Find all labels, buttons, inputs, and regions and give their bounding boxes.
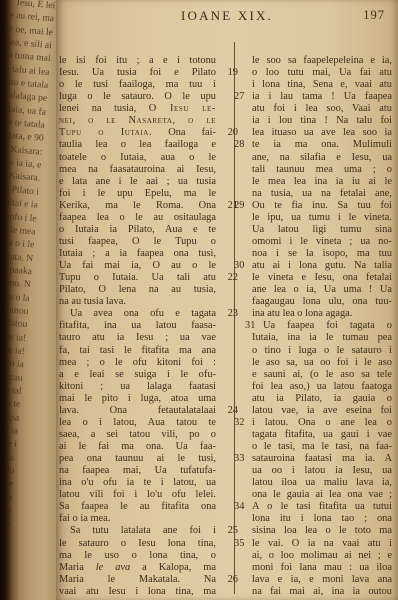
text-segment: i lona tina, Sena e, vaai atu xyxy=(252,79,392,90)
text-segment: le ipu, ua tumu i le vineta. xyxy=(252,212,392,223)
text-segment: ai, o loo molimau ai nei ; e xyxy=(252,550,392,561)
text-segment: o loo tutu mai, Ua fai atu xyxy=(252,67,392,78)
text-segment: pea ona taunuu ai le tusi, xyxy=(59,453,216,464)
text-line: Ua faapea foi tagata o31 xyxy=(252,320,392,332)
verse-number: 28 xyxy=(234,139,244,151)
text-segment: faagaugau lona ulu, ona tuu- xyxy=(252,296,392,307)
verse-number: 35 xyxy=(234,538,244,550)
verse-number: 25 xyxy=(217,525,238,537)
text-segment: ia i lau tama ! Ua faapea xyxy=(252,91,392,102)
text-line: atu ia Pilato, ia gauia o xyxy=(252,393,392,405)
text-line: tali taunuu mea uma ; o xyxy=(252,164,392,176)
text-segment: le isi foi itu ; a e i totonu xyxy=(59,55,216,66)
text-segment: na au tusia lava. xyxy=(59,296,126,307)
text-segment: moni foi lana mau : ua iloa xyxy=(252,562,392,573)
text-line: sisina loa lea o le toto ma xyxy=(252,525,392,537)
text-line: foi lea aso,) ua latou faatoga xyxy=(252,381,392,393)
text-line: faagaugau lona ulu, ona tuu- xyxy=(252,296,392,308)
text-segment: le satauro o Iesu lona tina, xyxy=(59,538,216,549)
text-line: Maria le ava a Kalopa, ma xyxy=(59,562,216,574)
text-segment: ane lea o ia, Ua uma ! Ua xyxy=(252,284,392,295)
text-segment: na tusia, ua na fetalai ane, xyxy=(252,188,392,199)
text-segment: tusi faapea, O le Tupu o xyxy=(59,236,216,247)
text-line: Iutaia ; a ia faapea ona tusi, xyxy=(59,248,216,260)
text-line: o Iutaia ia Pilato, Aua e te xyxy=(59,224,216,236)
text-line: na tusia, ua na fetalai ane, xyxy=(252,188,392,200)
text-segment: Iesu. Ua tusia foi e Pilato xyxy=(59,67,216,78)
text-line: faapea lea o le au ositaulaga xyxy=(59,212,216,224)
text-segment: o le tusi faailoga, ma tuu i xyxy=(59,79,216,90)
text-segment: atu ai i lona gutu. Na talia xyxy=(252,260,392,271)
text-line: ona le gauia ai lea ona vae ; xyxy=(252,489,392,501)
text-segment: na fai mai ai, ina ia outou xyxy=(252,586,392,597)
text-segment: na faapea mai, Ua tufatufa- xyxy=(59,465,216,476)
text-segment: latou vili foi i lo'u ofu lelei. xyxy=(59,489,216,500)
text-segment: Ona fai- xyxy=(152,127,216,138)
text-segment: e lata ane i le aai ; ua tusia xyxy=(59,176,216,187)
text-segment: tauro atu ia Iesu ; ua vae xyxy=(59,332,216,343)
text-line: ina atu lea o lona agaga. xyxy=(252,308,392,320)
text-line: o loo tutu mai, Ua fai atu xyxy=(252,67,392,79)
text-segment: sisina loa lea o le toto ma xyxy=(252,525,392,536)
text-line: tauro atu ia Iesu ; ua vae xyxy=(59,332,216,344)
text-line: te ia ma ona. Mulimuli28 xyxy=(252,139,392,151)
text-line: i lona tina, Sena e, vaai atu xyxy=(252,79,392,91)
text-line: ane lea o ia, Ua uma ! Ua xyxy=(252,284,392,296)
text-segment: Sa tutu latalata ane foi i xyxy=(70,525,216,536)
text-segment: atu foi i lea soo, Vaai atu xyxy=(252,103,392,114)
text-line: satauroina faatasi ma ia. A33 xyxy=(252,453,392,465)
text-segment: ai le fai ma ona. Ua faa- xyxy=(59,441,216,452)
text-segment: Iutaia, ina ia le tumau pea xyxy=(252,332,392,343)
text-segment: satauroina faatasi ma ia. A xyxy=(252,453,392,464)
text-segment: Sa faapea le au fitafita ona xyxy=(59,501,216,512)
text-line: Sa faapea le au fitafita ona xyxy=(59,501,216,513)
text-line: e lata ane i le aai ; ua tusia xyxy=(59,176,216,188)
text-line: lea o i latou, Aua tatou te xyxy=(59,417,216,429)
text-line: na fai mai ai, ina ia outou xyxy=(252,586,392,598)
text-line: atu foi i lea soo, Vaai atu xyxy=(252,103,392,115)
prev-page-fragments: Iesu, E leie au rei, maa te oe, mai lele… xyxy=(0,0,56,598)
text-segment: a e leai se suiga i le ofu- xyxy=(59,369,216,380)
text-line: i latou. Ona o ane lea o32 xyxy=(252,417,392,429)
text-line: le aso sa, ua oo foi i le aso xyxy=(252,357,392,369)
text-line: Iesu. Ua tusia foi e Pilato19 xyxy=(59,67,216,79)
text-line: na au tusia lava. xyxy=(59,296,216,308)
text-segment: lava. Ona fetautalatalaai xyxy=(59,405,216,416)
text-segment: le vineta e Iesu, ona fetalai xyxy=(252,272,392,283)
verse-number: 34 xyxy=(234,501,244,513)
text-line: tagata fitafita, ua gaui i vae xyxy=(252,429,392,441)
text-segment: tali taunuu mea uma ; o xyxy=(252,164,392,175)
text-segment: lea ituaso ua ave lea soo ia xyxy=(252,127,392,138)
text-segment: fa, tai tasi le fitafita ma ana xyxy=(59,345,216,356)
text-segment: faapea lea o le au ositaulaga xyxy=(59,212,216,223)
text-line: kitoni ; ua lalaga faatasi xyxy=(59,381,216,393)
text-line: taulia lea o lea faailoga e xyxy=(59,139,216,151)
text-segment: ua oo i latou ia Iesu, ua xyxy=(252,465,392,476)
text-segment: ona le gauia ai lea ona vae ; xyxy=(252,489,392,500)
text-line: lenei na tusia, O Iesu le- xyxy=(59,103,216,115)
text-segment: le aso sa, ua oo foi i le aso xyxy=(252,357,392,368)
text-segment: latou vae, ia ave eseina foi xyxy=(252,405,392,416)
verse-number: 32 xyxy=(234,417,244,429)
verse-number: 31 xyxy=(234,320,255,332)
text-line: noa i se la isopo, ma tuu xyxy=(252,248,392,260)
text-segment: nei, o le Nasareta, o le xyxy=(59,115,216,126)
text-line: foi i le upu Epelu, ma le xyxy=(59,188,216,200)
left-column: le isi foi itu ; a e i totonuIesu. Ua tu… xyxy=(59,55,216,598)
text-line: nei, o le Nasareta, o le xyxy=(59,115,216,127)
text-segment: luga o le satauro. O le upu xyxy=(59,91,216,102)
verse-number: 20 xyxy=(228,127,238,139)
text-line: ina o'u ofu ia te i latou, ua xyxy=(59,477,216,489)
text-line: le mea lea ina ia iu ai le xyxy=(252,176,392,188)
text-line: Ua avea ona ofu e tagata23 xyxy=(59,308,216,320)
text-line: Iutaia, ina ia le tumau pea xyxy=(252,332,392,344)
text-line: pea ona taunuu ai le tusi, xyxy=(59,453,216,465)
text-line: lona itu i lona tao ; ona xyxy=(252,513,392,525)
text-line: o tino i luga o le satauro i xyxy=(252,345,392,357)
text-line: ua oo i latou ia Iesu, ua xyxy=(252,465,392,477)
text-segment: Iutaia ; a ia faapea ona tusi, xyxy=(59,248,216,259)
text-segment: le ava xyxy=(96,562,130,573)
text-segment: fitafita, ina ua latou faasa- xyxy=(59,320,216,331)
text-segment: ina atu lea o lona agaga. xyxy=(252,308,352,319)
text-segment: Ua faapea foi tagata o xyxy=(263,320,392,331)
text-segment: Ua fai mai ia, O au o le xyxy=(59,260,216,271)
text-segment: Maria le Makatala. Na xyxy=(59,574,216,585)
text-line: ane, na silafia e Iesu, ua xyxy=(252,152,392,164)
verse-number: 22 xyxy=(228,272,238,284)
text-segment: A o le tasi fitafita ua tutui xyxy=(252,501,392,512)
text-segment: mea ; o le ofu kitoni foi : xyxy=(59,357,216,368)
verse-number: 24 xyxy=(228,405,238,417)
text-line: mea ; o le ofu kitoni foi : xyxy=(59,357,216,369)
text-segment: Maria xyxy=(59,562,96,573)
text-segment: te ia ma ona. Mulimuli xyxy=(252,139,392,150)
text-line: e sauni ai, (o le aso sa tele xyxy=(252,369,392,381)
verse-number: 26 xyxy=(228,574,238,586)
text-segment: toatele o Iutaia, aua o le xyxy=(59,152,216,163)
text-segment: le vai. O ia na vaai atu i xyxy=(252,538,392,549)
verse-number: 19 xyxy=(228,67,238,79)
text-line: o le tusi faailoga, ma tuu i xyxy=(59,79,216,91)
text-segment: Pilato, O lena na au tusia, xyxy=(59,284,216,295)
text-line: mea na faasatauroina ai Iesu, xyxy=(59,164,216,176)
text-line: o le tasi, ma le tasi, na faa- xyxy=(252,441,392,453)
text-segment: noa i se la isopo, ma tuu xyxy=(252,248,392,259)
text-segment: lava e ia, e moni lava ana xyxy=(252,574,392,585)
text-line: ia i lou tina ! Na talu foi xyxy=(252,115,392,127)
verse-number: 33 xyxy=(234,453,244,465)
text-segment: Kerika, ma le Roma. Ona xyxy=(59,200,216,211)
text-segment: fai o ia mea. xyxy=(59,513,110,524)
text-segment: saea, a sei tatou vili, po o xyxy=(59,429,216,440)
text-segment: le soo sa faapelepeleina e ia, xyxy=(252,55,392,66)
text-line: mai le pito i luga, atoa uma xyxy=(59,393,216,405)
text-line: moni foi lana mau : ua iloa xyxy=(252,562,392,574)
text-segment: omomi i le vineta ; ua no- xyxy=(252,236,392,247)
text-segment: vaai atu Iesu i lona tina, ma xyxy=(59,586,216,597)
verse-number: 29 xyxy=(234,200,244,212)
text-line: Ua latou ligi tumu sina xyxy=(252,224,392,236)
text-segment: kitoni ; ua lalaga faatasi xyxy=(59,381,216,392)
text-segment: a Kalopa, ma xyxy=(130,562,216,573)
text-segment: le mea lea ina ia iu ai le xyxy=(252,176,392,187)
text-line: atu ai i lona gutu. Na talia30 xyxy=(252,260,392,272)
book-spread: { "page": { "header_title": "IOANE XIX."… xyxy=(0,0,398,600)
text-line: le soo sa faapelepeleina e ia, xyxy=(252,55,392,67)
text-segment: foi i le upu Epelu, ma le xyxy=(59,188,216,199)
text-line: Pilato, O lena na au tusia, xyxy=(59,284,216,296)
text-segment: o tino i luga o le satauro i xyxy=(252,345,392,356)
text-line: le ipu, ua tumu i le vineta. xyxy=(252,212,392,224)
verse-number: 30 xyxy=(234,260,244,272)
text-segment: tagata fitafita, ua gaui i vae xyxy=(252,429,392,440)
text-segment: Tupu o Iutaia. Ua tali atu xyxy=(59,272,216,283)
text-segment: taulia lea o lea faailoga e xyxy=(59,139,216,150)
text-segment: foi lea aso,) ua latou faatoga xyxy=(252,381,392,392)
text-line: ai le fai ma ona. Ua faa- xyxy=(59,441,216,453)
text-segment: lenei na tusia, xyxy=(59,103,149,114)
text-line: lea ituaso ua ave lea soo ia xyxy=(252,127,392,139)
text-line: le satauro o Iesu lona tina, xyxy=(59,538,216,550)
text-line: Tupu o Iutaia. Ua tali atu22 xyxy=(59,272,216,284)
text-segment: ane, na silafia e Iesu, ua xyxy=(252,152,392,163)
page-title: IOANE XIX. xyxy=(56,8,398,24)
text-segment: o le tasi, ma le tasi, na faa- xyxy=(252,441,392,452)
text-line: luga o le satauro. O le upu xyxy=(59,91,216,103)
text-line: latou vili foi i lo'u ofu lelei. xyxy=(59,489,216,501)
text-segment: mai le pito i luga, atoa uma xyxy=(59,393,216,404)
verse-number: 23 xyxy=(217,308,238,320)
text-line: vaai atu Iesu i lona tina, ma xyxy=(59,586,216,598)
text-segment: mea na faasatauroina ai Iesu, xyxy=(59,164,216,175)
text-line: latou vae, ia ave eseina foi xyxy=(252,405,392,417)
main-page: IOANE XIX. 197 le isi foi itu ; a e i to… xyxy=(56,0,398,600)
text-segment: lea o i latou, Aua tatou te xyxy=(59,417,216,428)
text-segment: atu ia Pilato, ia gauia o xyxy=(252,393,392,404)
text-line: le vineta e Iesu, ona fetalai xyxy=(252,272,392,284)
text-line: Ua fai mai ia, O au o le xyxy=(59,260,216,272)
text-line: ia i lau tama ! Ua faapea27 xyxy=(252,91,392,103)
text-line: ma le uso o lona tina, o xyxy=(59,550,216,562)
text-segment: latou iloa ua maliu lava ia, xyxy=(252,477,392,488)
text-segment: ia i lou tina ! Na talu foi xyxy=(252,115,392,126)
text-line: fai o ia mea. xyxy=(59,513,216,525)
right-column: le soo sa faapelepeleina e ia,o loo tutu… xyxy=(252,55,392,598)
text-line: fitafita, ina ua latou faasa- xyxy=(59,320,216,332)
text-line: lava. Ona fetautalatalaai24 xyxy=(59,405,216,417)
text-segment: Ua latou ligi tumu sina xyxy=(252,224,392,235)
text-segment: O Iesu le- xyxy=(149,103,216,114)
text-line: Ou te fia inu. Sa tuu foi29 xyxy=(252,200,392,212)
text-segment: i latou. Ona o ane lea o xyxy=(252,417,392,428)
prev-page-edge: Iesu, E leie au rei, maa te oe, mai lele… xyxy=(0,0,56,600)
text-line: tusi faapea, O le Tupu o xyxy=(59,236,216,248)
text-line: omomi i le vineta ; ua no- xyxy=(252,236,392,248)
text-line: A o le tasi fitafita ua tutui34 xyxy=(252,501,392,513)
text-segment: Ou te fia inu. Sa tuu foi xyxy=(252,200,392,211)
text-segment: ma le uso o lona tina, o xyxy=(59,550,216,561)
text-segment: ina o'u ofu ia te i latou, ua xyxy=(59,477,216,488)
text-line: a e leai se suiga i le ofu- xyxy=(59,369,216,381)
text-line: lava e ia, e moni lava ana xyxy=(252,574,392,586)
text-line: latou iloa ua maliu lava ia, xyxy=(252,477,392,489)
verse-number: 27 xyxy=(234,91,244,103)
text-line: toatele o Iutaia, aua o le xyxy=(59,152,216,164)
text-segment: lona itu i lona tao ; ona xyxy=(252,513,392,524)
text-line: Sa tutu latalata ane foi i25 xyxy=(59,525,216,537)
text-line: Maria le Makatala. Na26 xyxy=(59,574,216,586)
text-line: le vai. O ia na vaai atu i35 xyxy=(252,538,392,550)
page-number: 197 xyxy=(363,8,385,23)
text-line: Kerika, ma le Roma. Ona21 xyxy=(59,200,216,212)
text-segment: Ua avea ona ofu e tagata xyxy=(70,308,216,319)
text-segment: o Iutaia ia Pilato, Aua e te xyxy=(59,224,216,235)
text-line: fa, tai tasi le fitafita ma ana xyxy=(59,345,216,357)
text-segment: e sauni ai, (o le aso sa tele xyxy=(252,369,392,380)
text-line: saea, a sei tatou vili, po o xyxy=(59,429,216,441)
text-line: na faapea mai, Ua tufatufa- xyxy=(59,465,216,477)
text-line: le isi foi itu ; a e i totonu xyxy=(59,55,216,67)
text-line: Tupu o Iutaia. Ona fai-20 xyxy=(59,127,216,139)
text-segment: Tupu o Iutaia. xyxy=(59,127,152,138)
text-line: ai, o loo molimau ai nei ; e xyxy=(252,550,392,562)
